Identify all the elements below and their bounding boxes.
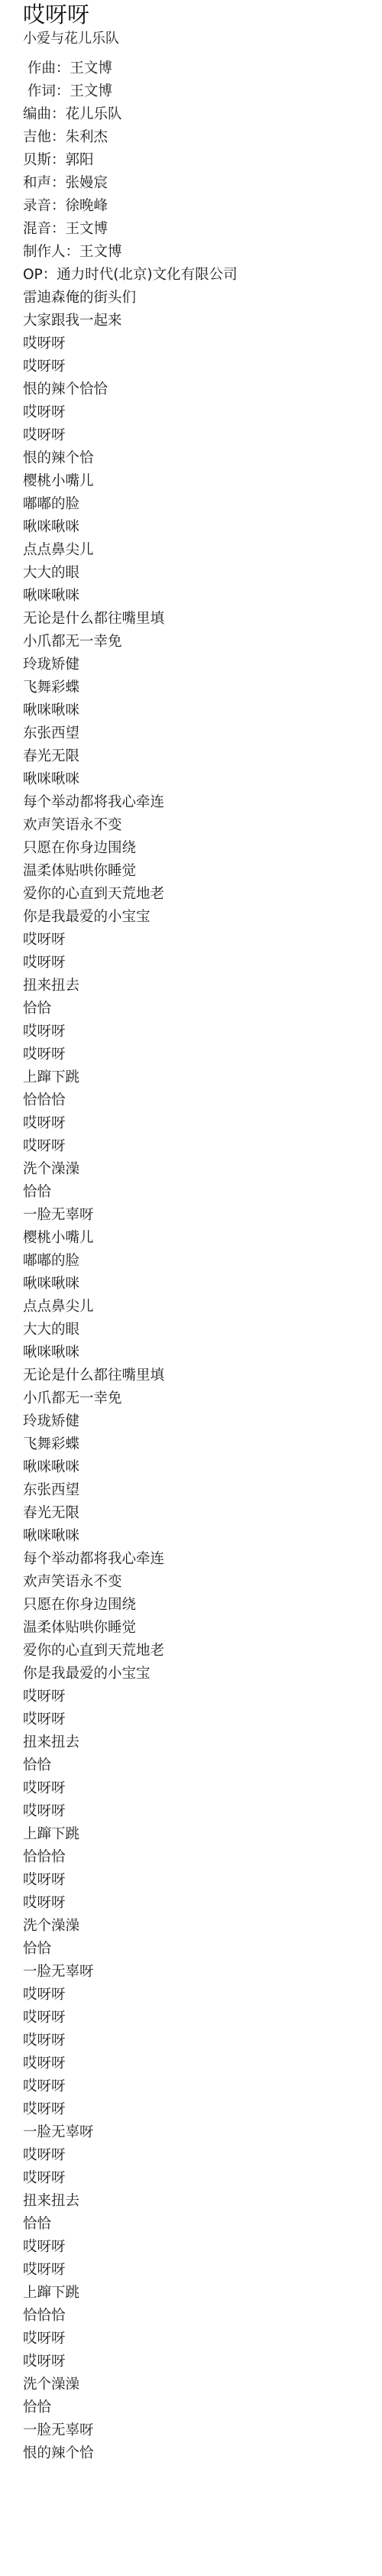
lyric-line: 哎呀呀 xyxy=(23,1708,382,1731)
lyric-line: 温柔体贴哄你睡觉 xyxy=(23,1617,382,1640)
lyric-line: 啾咪啾咪 xyxy=(23,699,382,722)
lyric-line: 爱你的心直到天荒地老 xyxy=(23,1640,382,1663)
lyric-line: 哎呀呀 xyxy=(23,1020,382,1043)
lyric-line: 恰恰 xyxy=(23,1754,382,1777)
lyric-line: 洗个澡澡 xyxy=(23,1158,382,1181)
lyric-line: 嘟嘟的脸 xyxy=(23,493,382,516)
lyric-line: 每个举动都将我心牵连 xyxy=(23,791,382,814)
song-title: 哎呀呀 xyxy=(23,0,382,28)
credit-line: 制作人：王文博 xyxy=(23,241,382,264)
lyric-line: 一脸无辜呀 xyxy=(23,2419,382,2442)
lyric-line: 哎呀呀 xyxy=(23,2351,382,2373)
credit-line: OP：通力时代(北京)文化有限公司 xyxy=(23,264,382,287)
credit-line: 录音：徐晚峰 xyxy=(23,195,382,218)
lyric-line: 哎呀呀 xyxy=(23,1892,382,1915)
lyric-line: 东张西望 xyxy=(23,1479,382,1502)
lyric-line: 恰恰 xyxy=(23,1938,382,1961)
lyric-line: 哎呀呀 xyxy=(23,1135,382,1158)
lyric-line: 洗个澡澡 xyxy=(23,1915,382,1938)
lyric-line: 恰恰 xyxy=(23,2396,382,2419)
lyric-line: 樱桃小嘴儿 xyxy=(23,1227,382,1250)
lyric-line: 恰恰恰 xyxy=(23,1846,382,1869)
lyric-line: 嘟嘟的脸 xyxy=(23,1250,382,1273)
lyric-line: 欢声笑语永不变 xyxy=(23,814,382,837)
lyric-line: 你是我最爱的小宝宝 xyxy=(23,906,382,929)
lyrics-list: 作曲：王文博 作词：王文博编曲：花儿乐队吉他：朱利杰贝斯：郭阳和声：张嫚宸录音：… xyxy=(23,57,382,2465)
lyric-line: 爱你的心直到天荒地老 xyxy=(23,883,382,906)
lyric-line: 哎呀呀 xyxy=(23,1800,382,1823)
lyric-line: 飞舞彩蝶 xyxy=(23,676,382,699)
lyric-line: 小爪都无一幸免 xyxy=(23,631,382,654)
lyric-line: 哎呀呀 xyxy=(23,2029,382,2052)
lyric-line: 春光无限 xyxy=(23,745,382,768)
lyric-line: 哎呀呀 xyxy=(23,333,382,355)
lyric-line: 哎呀呀 xyxy=(23,1043,382,1066)
lyric-line: 大大的眼 xyxy=(23,1319,382,1342)
lyric-line: 啾咪啾咪 xyxy=(23,1342,382,1364)
lyric-line: 哎呀呀 xyxy=(23,2144,382,2167)
lyric-line: 哎呀呀 xyxy=(23,355,382,378)
lyric-line: 恰恰恰 xyxy=(23,1089,382,1112)
lyric-line: 一脸无辜呀 xyxy=(23,1204,382,1227)
lyric-line: 啾咪啾咪 xyxy=(23,1525,382,1548)
lyric-line: 哎呀呀 xyxy=(23,2098,382,2121)
lyric-line: 啾咪啾咪 xyxy=(23,1273,382,1296)
lyric-line: 哎呀呀 xyxy=(23,2259,382,2282)
lyric-line: 哎呀呀 xyxy=(23,1777,382,1800)
lyric-line: 哎呀呀 xyxy=(23,1112,382,1135)
lyric-line: 啾咪啾咪 xyxy=(23,516,382,539)
lyric-line: 哎呀呀 xyxy=(23,1685,382,1708)
credit-line: 编曲：花儿乐队 xyxy=(23,103,382,126)
lyric-line: 点点鼻尖儿 xyxy=(23,1296,382,1319)
lyric-line: 恰恰 xyxy=(23,1181,382,1204)
lyric-line: 上蹿下跳 xyxy=(23,1066,382,1089)
credit-line: 作词：王文博 xyxy=(23,80,382,103)
lyric-line: 哎呀呀 xyxy=(23,2236,382,2259)
credit-line: 吉他：朱利杰 xyxy=(23,126,382,149)
credit-line: 作曲：王文博 xyxy=(23,57,382,80)
lyric-line: 扭来扭去 xyxy=(23,1731,382,1754)
lyric-line: 东张西望 xyxy=(23,722,382,745)
lyric-line: 扭来扭去 xyxy=(23,975,382,998)
lyric-line: 扭来扭去 xyxy=(23,2190,382,2213)
lyric-line: 恨的辣个恰 xyxy=(23,2442,382,2465)
lyric-line: 洗个澡澡 xyxy=(23,2373,382,2396)
lyric-line: 哎呀呀 xyxy=(23,929,382,952)
lyric-line: 哎呀呀 xyxy=(23,1984,382,2007)
lyric-line: 只愿在你身边围绕 xyxy=(23,837,382,860)
lyric-line: 玲珑矫健 xyxy=(23,1410,382,1433)
lyric-line: 欢声笑语永不变 xyxy=(23,1571,382,1594)
lyric-line: 无论是什么都往嘴里填 xyxy=(23,1364,382,1387)
lyric-line: 大大的眼 xyxy=(23,562,382,585)
lyric-line: 啾咪啾咪 xyxy=(23,585,382,608)
lyric-line: 只愿在你身边围绕 xyxy=(23,1594,382,1617)
lyric-line: 恨的辣个恰恰 xyxy=(23,378,382,401)
lyric-line: 无论是什么都往嘴里填 xyxy=(23,608,382,631)
lyric-line: 你是我最爱的小宝宝 xyxy=(23,1663,382,1685)
lyric-line: 哎呀呀 xyxy=(23,424,382,447)
lyric-line: 哎呀呀 xyxy=(23,2167,382,2190)
lyric-line: 哎呀呀 xyxy=(23,401,382,424)
lyric-line: 雷迪森俺的街头们 xyxy=(23,287,382,310)
lyric-line: 恨的辣个恰 xyxy=(23,447,382,470)
lyric-line: 点点鼻尖儿 xyxy=(23,539,382,562)
credit-line: 贝斯：郭阳 xyxy=(23,149,382,172)
lyric-line: 小爪都无一幸免 xyxy=(23,1387,382,1410)
lyrics-page: 哎呀呀 小爱与花儿乐队 作曲：王文博 作词：王文博编曲：花儿乐队吉他：朱利杰贝斯… xyxy=(0,0,382,2465)
lyric-line: 哎呀呀 xyxy=(23,2007,382,2029)
lyric-line: 哎呀呀 xyxy=(23,2328,382,2351)
lyric-line: 一脸无辜呀 xyxy=(23,1961,382,1984)
lyric-line: 玲珑矫健 xyxy=(23,654,382,676)
lyric-line: 上蹿下跳 xyxy=(23,1823,382,1846)
lyric-line: 上蹿下跳 xyxy=(23,2282,382,2305)
lyric-line: 哎呀呀 xyxy=(23,2052,382,2075)
lyric-line: 哎呀呀 xyxy=(23,2075,382,2098)
artist-name: 小爱与花儿乐队 xyxy=(23,30,382,48)
lyric-line: 哎呀呀 xyxy=(23,1869,382,1892)
credit-line: 混音：王文博 xyxy=(23,218,382,241)
lyric-line: 大家跟我一起来 xyxy=(23,310,382,333)
lyric-line: 恰恰 xyxy=(23,998,382,1020)
lyric-line: 啾咪啾咪 xyxy=(23,1456,382,1479)
lyric-line: 恰恰恰 xyxy=(23,2305,382,2328)
lyric-line: 哎呀呀 xyxy=(23,952,382,975)
lyric-line: 樱桃小嘴儿 xyxy=(23,470,382,493)
lyric-line: 恰恰 xyxy=(23,2213,382,2236)
lyric-line: 啾咪啾咪 xyxy=(23,768,382,791)
credit-line: 和声：张嫚宸 xyxy=(23,172,382,195)
lyric-line: 温柔体贴哄你睡觉 xyxy=(23,860,382,883)
lyric-line: 飞舞彩蝶 xyxy=(23,1433,382,1456)
lyric-line: 每个举动都将我心牵连 xyxy=(23,1548,382,1571)
lyric-line: 一脸无辜呀 xyxy=(23,2121,382,2144)
lyric-line: 春光无限 xyxy=(23,1502,382,1525)
